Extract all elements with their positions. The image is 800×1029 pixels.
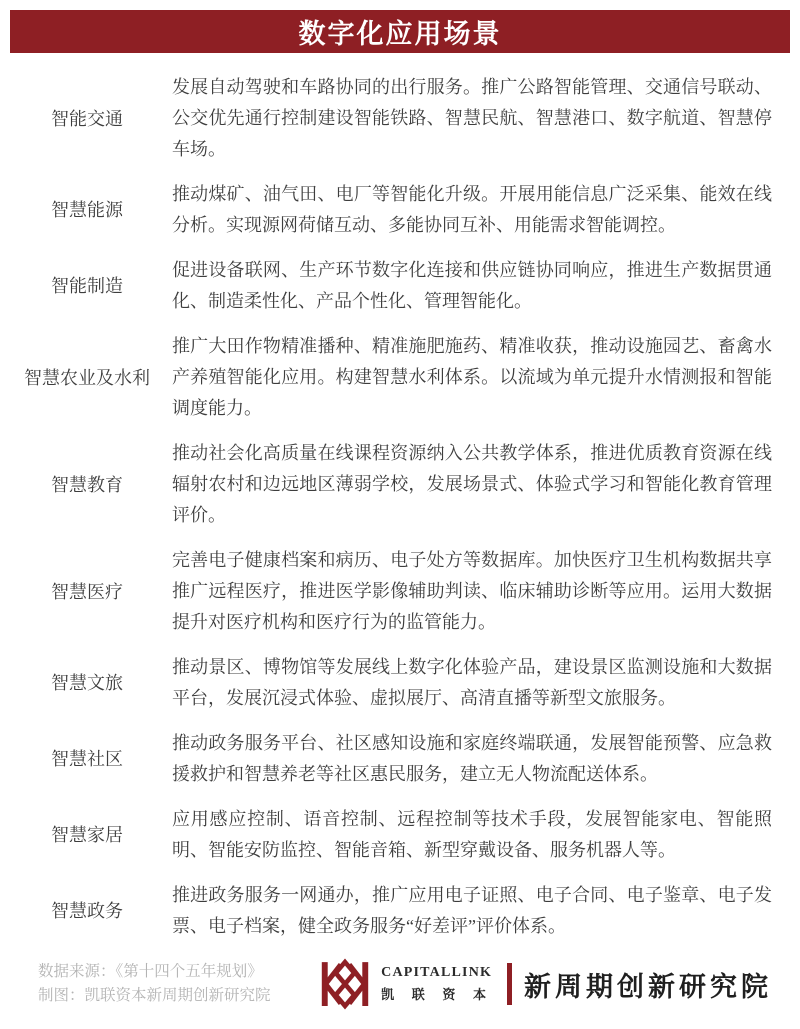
category-description: 完善电子健康档案和病历、电子处方等数据库。加快医疗卫生机构数据共享推广远程医疗，… bbox=[172, 545, 772, 638]
category-description: 推广大田作物精准播种、精准施肥施药、精准收获，推动设施园艺、畜禽水产养殖智能化应… bbox=[172, 331, 772, 424]
table-row: 智慧社区 推动政务服务平台、社区感知设施和家庭终端联通，发展智能预警、应急救援救… bbox=[0, 721, 800, 797]
logo-divider bbox=[507, 963, 512, 1005]
category-description: 推动社会化高质量在线课程资源纳入公共教学体系，推进优质教育资源在线辐射农村和边远… bbox=[172, 438, 772, 531]
category-label: 智慧教育 bbox=[8, 471, 166, 499]
header-bar: 数字化应用场景 bbox=[10, 10, 790, 53]
category-description: 推动政务服务平台、社区感知设施和家庭终端联通，发展智能预警、应急救援救护和智慧养… bbox=[172, 728, 772, 790]
table-row: 智慧家居 应用感应控制、语音控制、远程控制等技术手段，发展智能家电、智能照明、智… bbox=[0, 797, 800, 873]
category-label: 智慧能源 bbox=[8, 196, 166, 224]
category-description: 促进设备联网、生产环节数字化连接和供应链协同响应，推进生产数据贯通化、制造柔性化… bbox=[172, 255, 772, 317]
footer-credits: 数据来源：《第十四个五年规划》 制图：凯联资本新周期创新研究院 bbox=[38, 960, 271, 1008]
table-row: 智慧教育 推动社会化高质量在线课程资源纳入公共教学体系，推进优质教育资源在线辐射… bbox=[0, 431, 800, 538]
category-label: 智慧医疗 bbox=[8, 578, 166, 606]
category-label: 智慧农业及水利 bbox=[8, 364, 166, 392]
table-row: 智能制造 促进设备联网、生产环节数字化连接和供应链协同响应，推进生产数据贯通化、… bbox=[0, 248, 800, 324]
table-row: 智慧政务 推进政务服务一网通办，推广应用电子证照、电子合同、电子鉴章、电子发票、… bbox=[0, 873, 800, 949]
table-row: 智慧农业及水利 推广大田作物精准播种、精准施肥施药、精准收获，推动设施园艺、畜禽… bbox=[0, 324, 800, 431]
capitallink-monogram-icon bbox=[318, 957, 372, 1011]
logo-name-en: CAPITALLINK bbox=[381, 965, 493, 981]
credit-line: 制图：凯联资本新周期创新研究院 bbox=[38, 984, 271, 1008]
category-label: 智慧文旅 bbox=[8, 669, 166, 697]
category-description: 推进政务服务一网通办，推广应用电子证照、电子合同、电子鉴章、电子发票、电子档案，… bbox=[172, 880, 772, 942]
category-label: 智能制造 bbox=[8, 272, 166, 300]
table-row: 智慧医疗 完善电子健康档案和病历、电子处方等数据库。加快医疗卫生机构数据共享推广… bbox=[0, 538, 800, 645]
table-row: 智慧能源 推动煤矿、油气田、电厂等智能化升级。开展用能信息广泛采集、能效在线分析… bbox=[0, 172, 800, 248]
table-row: 智慧文旅 推动景区、博物馆等发展线上数字化体验产品，建设景区监测设施和大数据平台… bbox=[0, 645, 800, 721]
category-label: 智能交通 bbox=[8, 105, 166, 133]
logo-name-cn: 凯 联 资 本 bbox=[381, 984, 493, 1003]
application-scenes-table: 智能交通 发展自动驾驶和车路协同的出行服务。推广公路智能管理、交通信号联动、公交… bbox=[0, 65, 800, 949]
category-description: 发展自动驾驶和车路协同的出行服务。推广公路智能管理、交通信号联动、公交优先通行控… bbox=[172, 72, 772, 165]
category-description: 应用感应控制、语音控制、远程控制等技术手段，发展智能家电、智能照明、智能安防监控… bbox=[172, 804, 772, 866]
category-label: 智慧社区 bbox=[8, 745, 166, 773]
capitallink-logo: CAPITALLINK 凯 联 资 本 新周期创新研究院 bbox=[318, 957, 772, 1011]
footer: 数据来源：《第十四个五年规划》 制图：凯联资本新周期创新研究院 CAPITALL… bbox=[0, 949, 800, 1029]
category-description: 推动景区、博物馆等发展线上数字化体验产品，建设景区监测设施和大数据平台，发展沉浸… bbox=[172, 652, 772, 714]
category-description: 推动煤矿、油气田、电厂等智能化升级。开展用能信息广泛采集、能效在线分析。实现源网… bbox=[172, 179, 772, 241]
source-line: 数据来源：《第十四个五年规划》 bbox=[38, 960, 271, 984]
category-label: 智慧政务 bbox=[8, 897, 166, 925]
page-title: 数字化应用场景 bbox=[299, 12, 502, 51]
category-label: 智慧家居 bbox=[8, 821, 166, 849]
logo-wordmark: CAPITALLINK 凯 联 资 本 bbox=[381, 965, 493, 1003]
table-row: 智能交通 发展自动驾驶和车路协同的出行服务。推广公路智能管理、交通信号联动、公交… bbox=[0, 65, 800, 172]
institute-name: 新周期创新研究院 bbox=[524, 965, 772, 1004]
